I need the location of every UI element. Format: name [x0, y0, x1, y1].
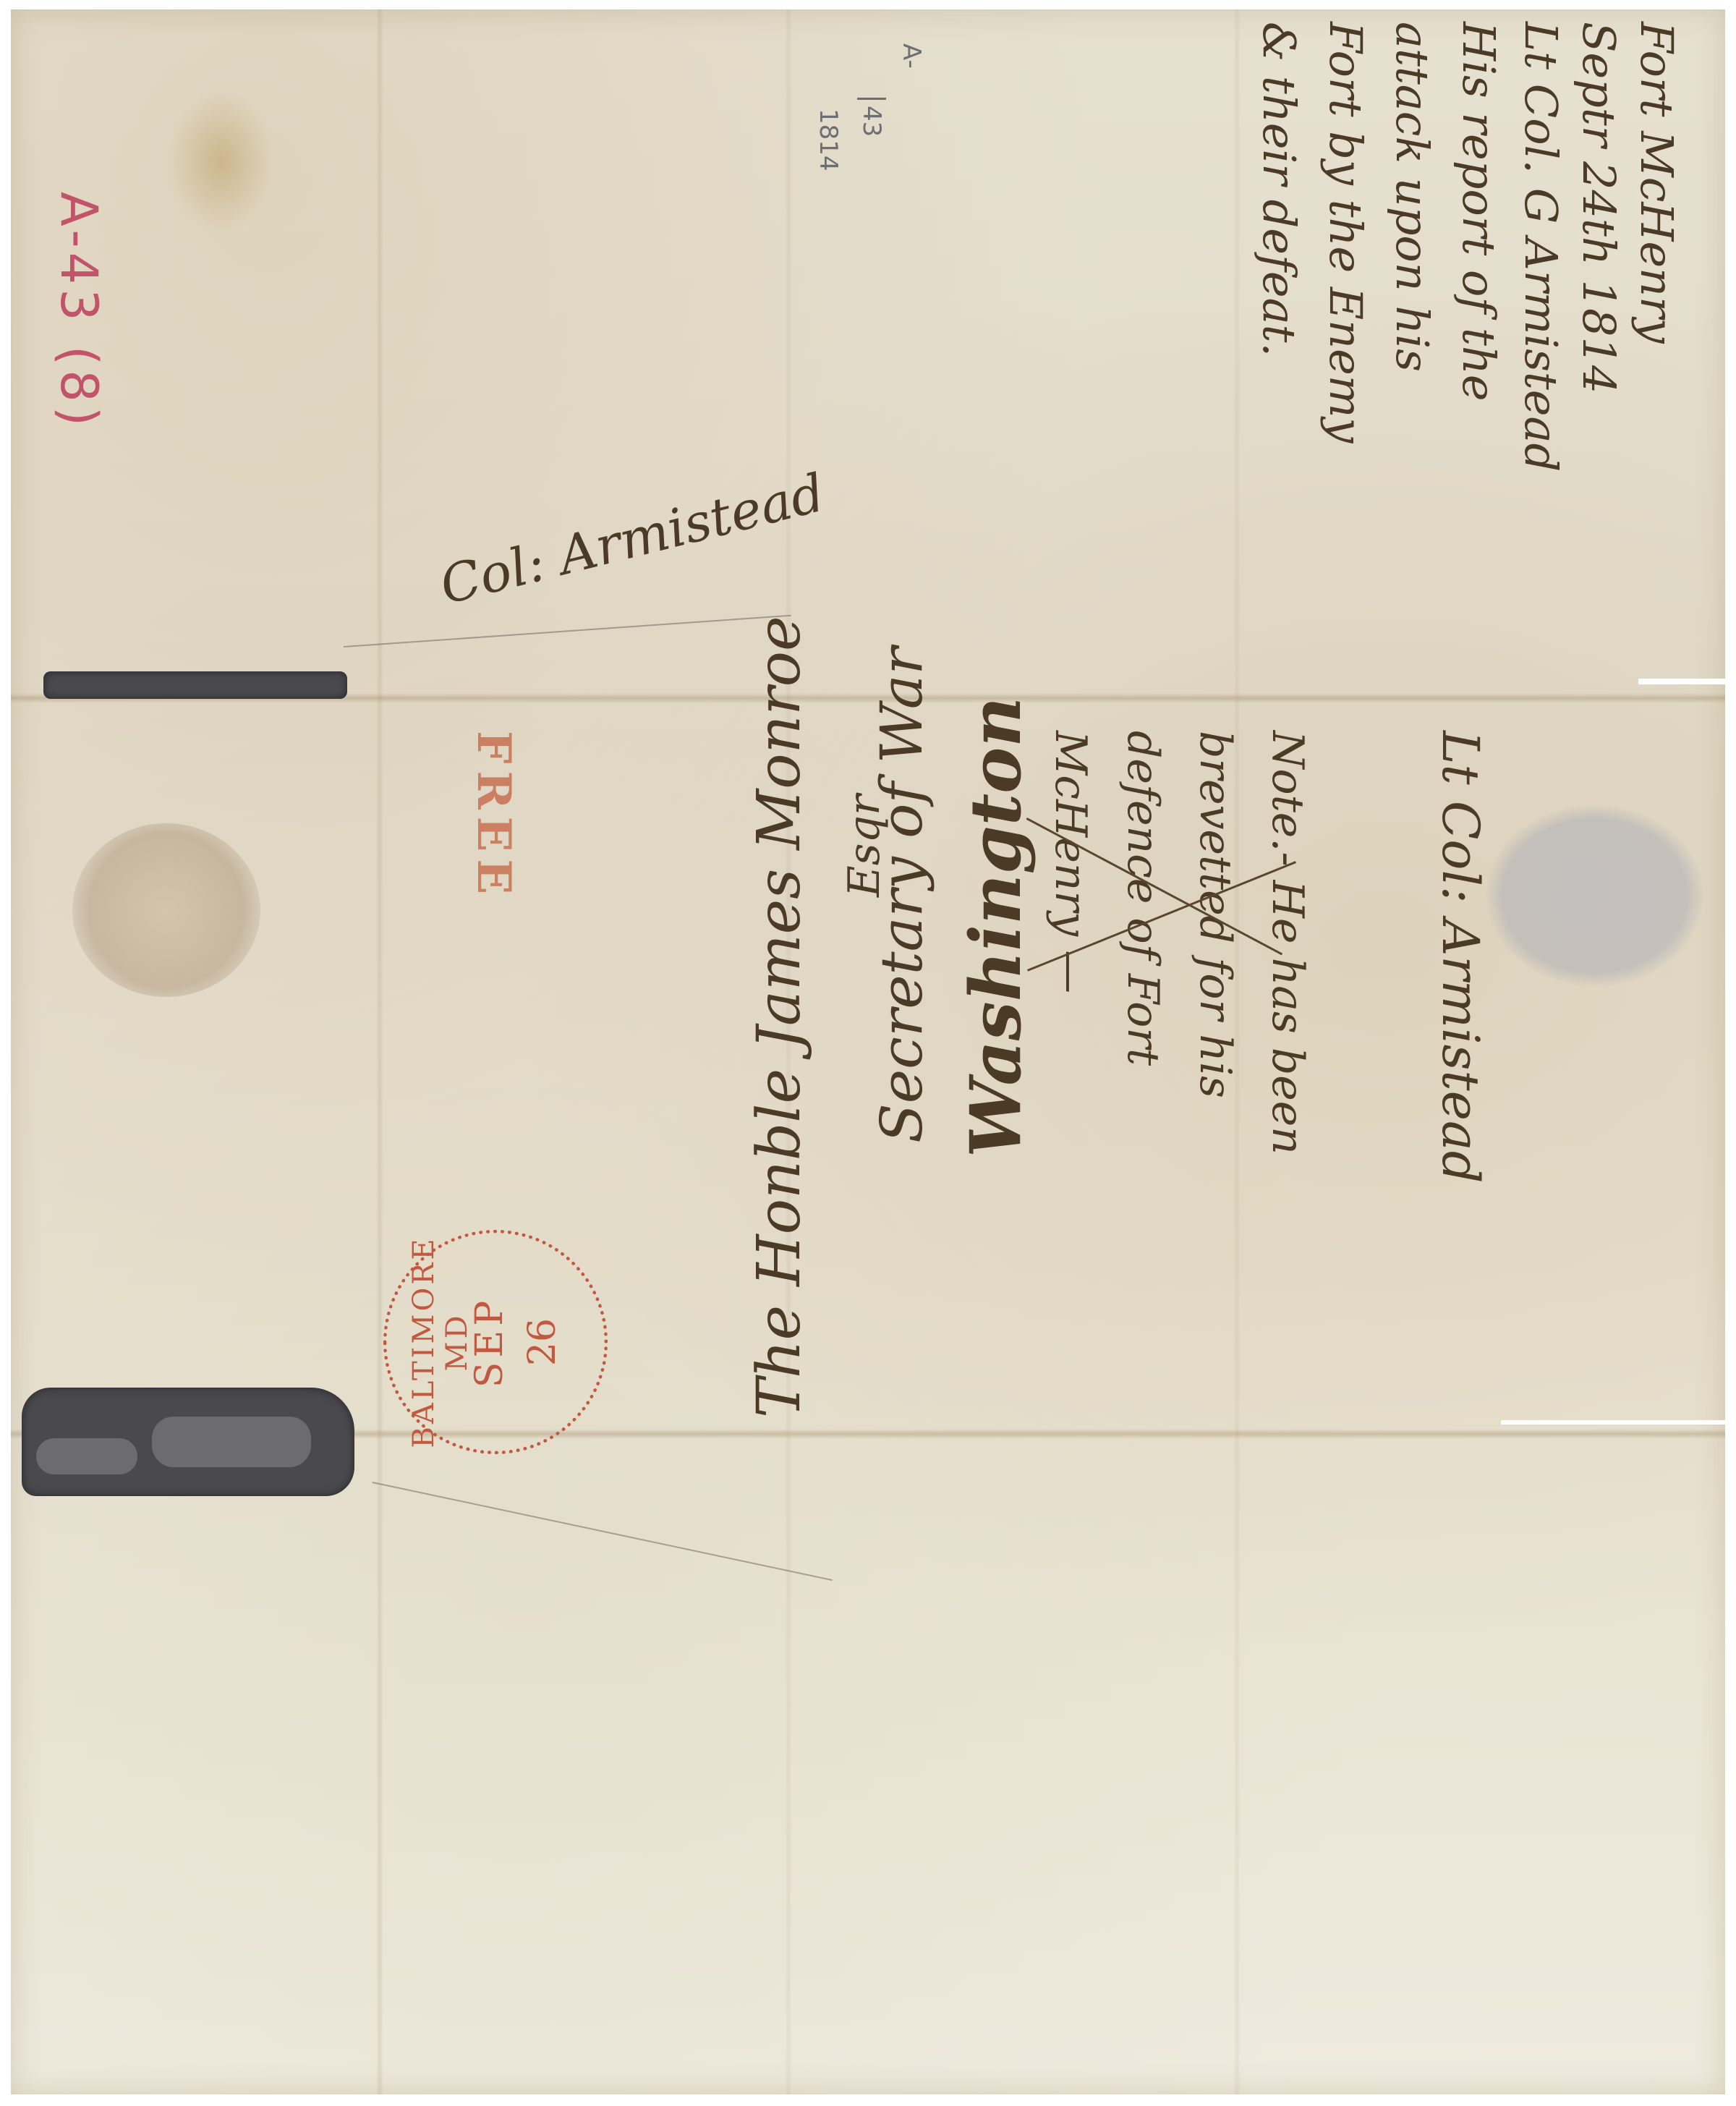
paper-crack	[373, 1482, 833, 1581]
address-line-title: Secretary of War	[868, 647, 935, 1143]
docket-line: Fort McHenry	[1627, 22, 1685, 472]
postmark-day: 26	[521, 1234, 564, 1451]
docket: Fort McHenry Septr 24th 1814 Lt Col. G A…	[1246, 22, 1685, 472]
address-line-city: Washington	[955, 697, 1037, 1158]
archive-mark-number: 43	[857, 98, 886, 137]
paper-crack	[344, 615, 791, 647]
postmark-city: BALTIMORE MD	[407, 1234, 474, 1451]
docket-line: & their defeat.	[1246, 22, 1312, 472]
repair-tape	[43, 671, 347, 699]
archive-mark-year: 1814	[814, 109, 843, 171]
wax-seal-mark	[1486, 805, 1703, 986]
wax-seal-mark	[72, 823, 260, 997]
repair-tape	[22, 1388, 354, 1496]
archive-mark-red: A-43 (8)	[49, 192, 109, 430]
archive-mark-prefix: A-	[897, 43, 926, 69]
endorsement-note: Note.- He has been brevetted for his def…	[1034, 731, 1324, 1155]
edge-tear	[1501, 1420, 1725, 1424]
postmark: BALTIMORE MD SEP 26	[383, 1230, 608, 1454]
docket-line: attack upon his	[1379, 22, 1445, 472]
stain	[166, 89, 275, 234]
free-frank-stamp: FREE	[467, 731, 521, 901]
edge-tear	[1638, 679, 1725, 684]
docket-line: Septr 24th 1814	[1570, 22, 1627, 472]
docket-line: Lt Col. G Armistead	[1512, 22, 1570, 472]
note-line: brevetted for his	[1179, 731, 1251, 1155]
address-line-recipient: The Honble James Monroe	[745, 616, 814, 1418]
docket-line: His report of the	[1445, 22, 1512, 472]
fold-line	[376, 9, 383, 2094]
note-line: defence of Fort	[1107, 731, 1179, 1155]
docket-line: Fort by the Enemy	[1312, 22, 1379, 472]
postmark-month: SEP	[468, 1234, 511, 1451]
endorsement-name: Lt Col: Armistead	[1431, 731, 1490, 1184]
